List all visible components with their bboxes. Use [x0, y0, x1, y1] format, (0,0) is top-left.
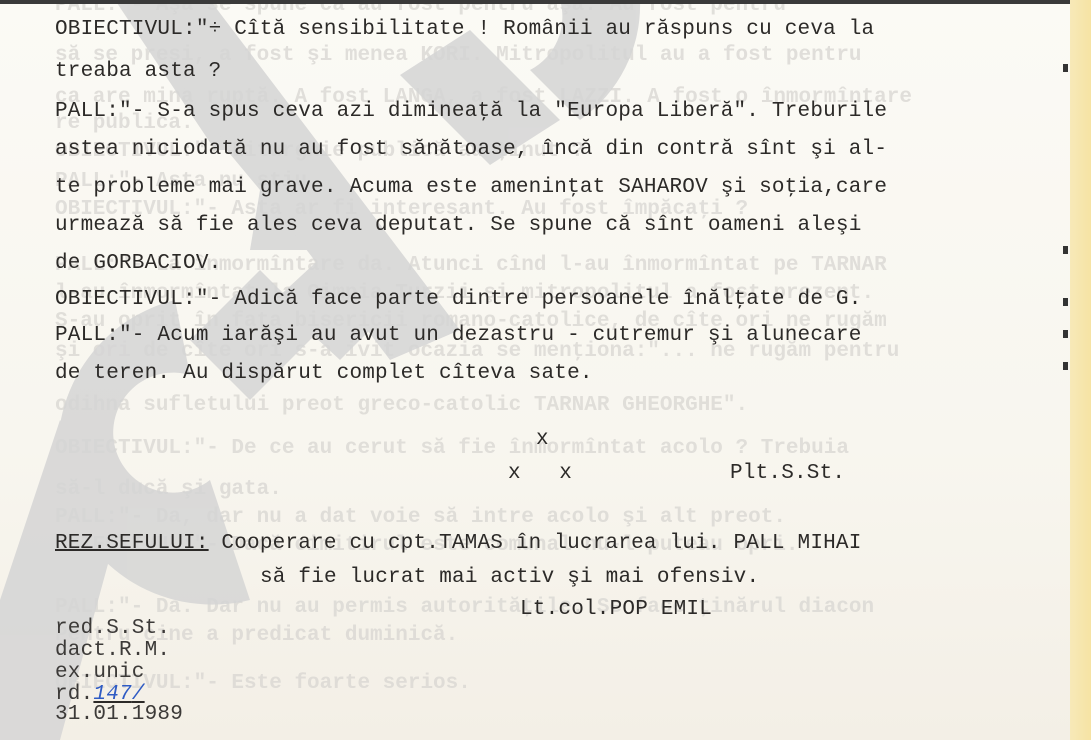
footer-ex: ex.unic [55, 662, 145, 684]
margin-mark [1063, 362, 1068, 370]
separator-mark-top: x [536, 428, 549, 451]
footer-dact: dact.R.M. [55, 640, 170, 662]
resolution-label: REZ.SEFULUI: [55, 532, 209, 555]
signature-plt: Plt.S.St. [730, 462, 845, 485]
margin-mark [1063, 330, 1068, 338]
dialogue-line: te probleme mai grave. Acuma este amenin… [55, 176, 887, 199]
footer-date: 31.01.1989 [55, 704, 183, 726]
dialogue-line: treaba asta ? [55, 60, 221, 83]
separator-mark-bottom: x x [508, 462, 572, 485]
margin-mark [1063, 246, 1068, 254]
dialogue-line: de GORBACIOV. [55, 252, 221, 275]
dialogue-line: OBIECTIVUL:"÷ Cîtă sensibilitate ! Român… [55, 18, 874, 41]
dialogue-line: astea niciodată nu au fost sănătoase, în… [55, 138, 887, 161]
document-page: PALL:"- Aşa se spune ca au fost pentru a… [0, 0, 1070, 740]
document-body: OBIECTIVUL:"÷ Cîtă sensibilitate ! Român… [0, 0, 1070, 740]
page-edge-strip [1070, 0, 1091, 740]
resolution-text-1: Cooperare cu cpt.TAMAS în lucrarea lui. … [209, 532, 862, 555]
margin-mark [1063, 64, 1068, 72]
dialogue-line: urmează să fie ales ceva deputat. Se spu… [55, 214, 862, 237]
dialogue-line: OBIECTIVUL:"- Adică face parte dintre pe… [55, 288, 862, 311]
footer-red: red.S.St. [55, 618, 170, 640]
resolution-line-1: REZ.SEFULUI: Cooperare cu cpt.TAMAS în l… [55, 532, 862, 555]
signature-chief: Lt.col.POP EMIL [520, 598, 712, 621]
resolution-line-2: să fie lucrat mai activ şi mai ofensiv. [260, 566, 759, 589]
margin-mark [1063, 298, 1068, 306]
dialogue-line: de teren. Au dispărut complet cîteva sat… [55, 362, 593, 385]
dialogue-line: PALL:"- Acum iarăşi au avut un dezastru … [55, 324, 862, 347]
dialogue-line: PALL:"- S-a spus ceva azi dimineaţă la "… [55, 100, 887, 123]
